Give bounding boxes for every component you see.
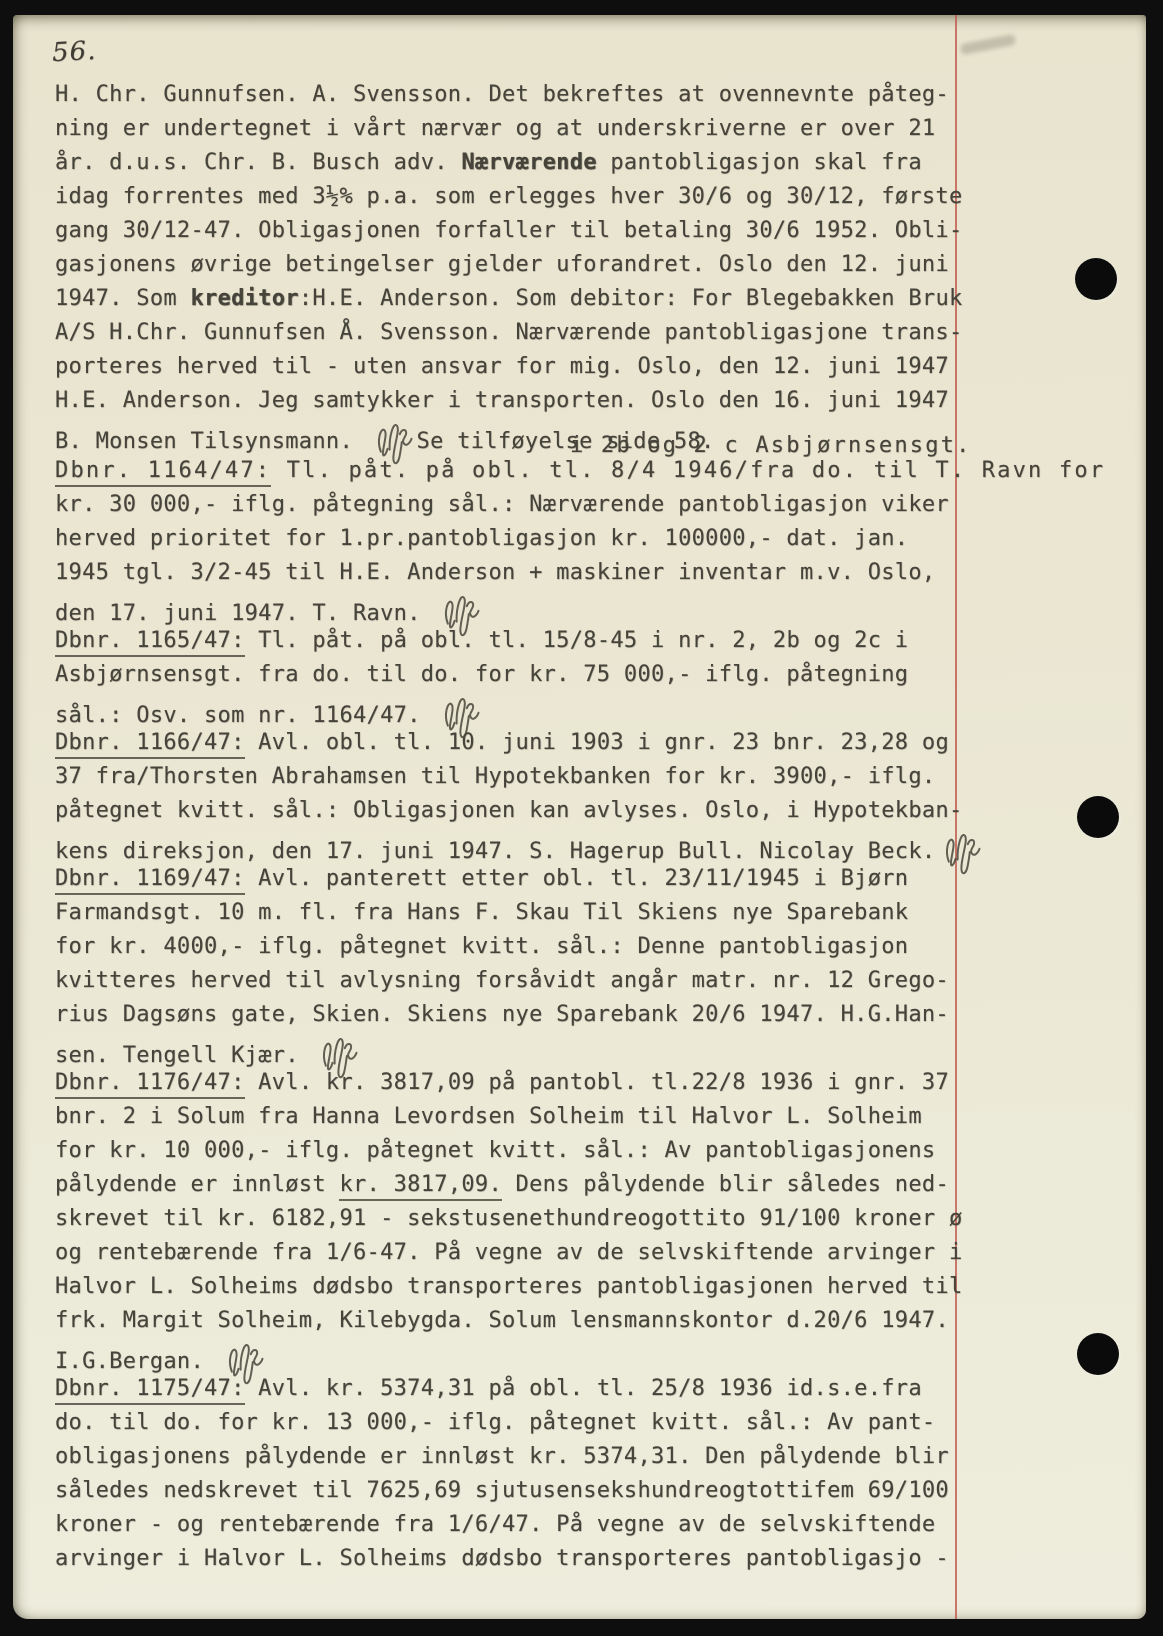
- text-line: sen. Tengell Kjær.: [55, 1032, 1146, 1066]
- handwritten-initials-icon: [438, 588, 484, 644]
- signature-mark: [434, 703, 484, 728]
- text-line: Dbnr. 1175/47: Avl. kr. 5374,31 på obl. …: [55, 1372, 1146, 1406]
- text-line: 37 fra/Thorsten Abrahamsen til Hypotekba…: [55, 760, 1146, 794]
- text-line: Dbnr. 1166/47: Avl. obl. tl. 10. juni 19…: [55, 726, 1146, 760]
- pencil-smudge: [959, 34, 1016, 55]
- handwritten-initials-icon: [222, 1336, 268, 1392]
- handwritten-initials-icon: [939, 826, 985, 882]
- text-line: gang 30/12-47. Obligasjonen forfaller ti…: [55, 214, 1146, 248]
- text-line: kens direksjon, den 17. juni 1947. S. Ha…: [55, 828, 1146, 862]
- text-line: herved prioritet for 1.pr.pantobligasjon…: [55, 522, 1146, 556]
- text-line: Dbnr. 1164/47: Tl. påt. på obl. tl. 8/4 …: [55, 454, 1146, 488]
- text-line: den 17. juni 1947. T. Ravn.: [55, 590, 1146, 624]
- text-line: Dbnr. 1176/47: Avl. kr. 3817,09 på panto…: [55, 1066, 1146, 1100]
- signature-mark: [367, 429, 417, 454]
- signature-mark: [935, 839, 985, 864]
- text-line: kroner - og rentebærende fra 1/6/47. På …: [55, 1508, 1146, 1542]
- text-line: for kr. 10 000,- iflg. påtegnet kvitt. s…: [55, 1134, 1146, 1168]
- text-line: for kr. 4000,- iflg. påtegnet kvitt. sål…: [55, 930, 1146, 964]
- text-line: arvinger i Halvor L. Solheims dødsbo tra…: [55, 1542, 1146, 1576]
- text-line: kvitteres herved til avlysning forsåvidt…: [55, 964, 1146, 998]
- text-line: frk. Margit Solheim, Kilebygda. Solum le…: [55, 1304, 1146, 1338]
- text-line: gasjonens øvrige betingelser gjelder ufo…: [55, 248, 1146, 282]
- text-line: sål.: Osv. som nr. 1164/47.: [55, 692, 1146, 726]
- text-line: H.E. Anderson. Jeg samtykker i transport…: [55, 384, 1146, 418]
- typewritten-text: H. Chr. Gunnufsen. A. Svensson. Det bekr…: [55, 78, 1146, 1576]
- text-line: og rentebærende fra 1/6-47. På vegne av …: [55, 1236, 1146, 1270]
- signature-mark: [312, 1043, 362, 1068]
- text-line: A/S H.Chr. Gunnufsen Å. Svensson. Nærvær…: [55, 316, 1146, 350]
- handwritten-initials-icon: [438, 690, 484, 746]
- text-line: bnr. 2 i Solum fra Hanna Levordsen Solhe…: [55, 1100, 1146, 1134]
- page-number: 56.: [51, 36, 97, 68]
- punch-hole: [1077, 1333, 1119, 1375]
- text-line: 1947. Som kreditor:H.E. Anderson. Som de…: [55, 282, 1146, 316]
- text-line: ning er undertegnet i vårt nærvær og at …: [55, 112, 1146, 146]
- scanned-page: 56. H. Chr. Gunnufsen. A. Svensson. Det …: [13, 15, 1146, 1619]
- text-line: H. Chr. Gunnufsen. A. Svensson. Det bekr…: [55, 78, 1146, 112]
- punch-hole: [1075, 258, 1117, 300]
- text-line: kr. 30 000,- iflg. påtegning sål.: Nærvæ…: [55, 488, 1146, 522]
- text-line: Halvor L. Solheims dødsbo transporteres …: [55, 1270, 1146, 1304]
- text-line: Dbnr. 1165/47: Tl. påt. på obl. tl. 15/8…: [55, 624, 1146, 658]
- signature-mark: [434, 601, 484, 626]
- text-line: påtegnet kvitt. sål.: Obligasjonen kan a…: [55, 794, 1146, 828]
- handwritten-initials-icon: [316, 1030, 362, 1086]
- text-line: porteres herved til - uten ansvar for mi…: [55, 350, 1146, 384]
- text-line: Farmandsgt. 10 m. fl. fra Hans F. Skau T…: [55, 896, 1146, 930]
- text-line: Asbjørnsensgt. fra do. til do. for kr. 7…: [55, 658, 1146, 692]
- text-line: rius Dagsøns gate, Skien. Skiens nye Spa…: [55, 998, 1146, 1032]
- text-line: do. til do. for kr. 13 000,- iflg. påteg…: [55, 1406, 1146, 1440]
- signature-mark: [218, 1349, 268, 1374]
- text-line: obligasjonens pålydende er innløst kr. 5…: [55, 1440, 1146, 1474]
- scanner-backdrop: 56. H. Chr. Gunnufsen. A. Svensson. Det …: [0, 0, 1163, 1636]
- punch-hole: [1077, 796, 1119, 838]
- text-line: 1945 tgl. 3/2-45 til H.E. Anderson + mas…: [55, 556, 1146, 590]
- text-line: år. d.u.s. Chr. B. Busch adv. Nærværende…: [55, 146, 1146, 180]
- handwritten-initials-icon: [371, 416, 417, 472]
- text-line: I.G.Bergan.: [55, 1338, 1146, 1372]
- text-line: skrevet til kr. 6182,91 - sekstusenethun…: [55, 1202, 1146, 1236]
- text-line: pålydende er innløst kr. 3817,09. Dens p…: [55, 1168, 1146, 1202]
- text-line: således nedskrevet til 7625,69 sjutusens…: [55, 1474, 1146, 1508]
- text-line: idag forrentes med 3½% p.a. som erlegges…: [55, 180, 1146, 214]
